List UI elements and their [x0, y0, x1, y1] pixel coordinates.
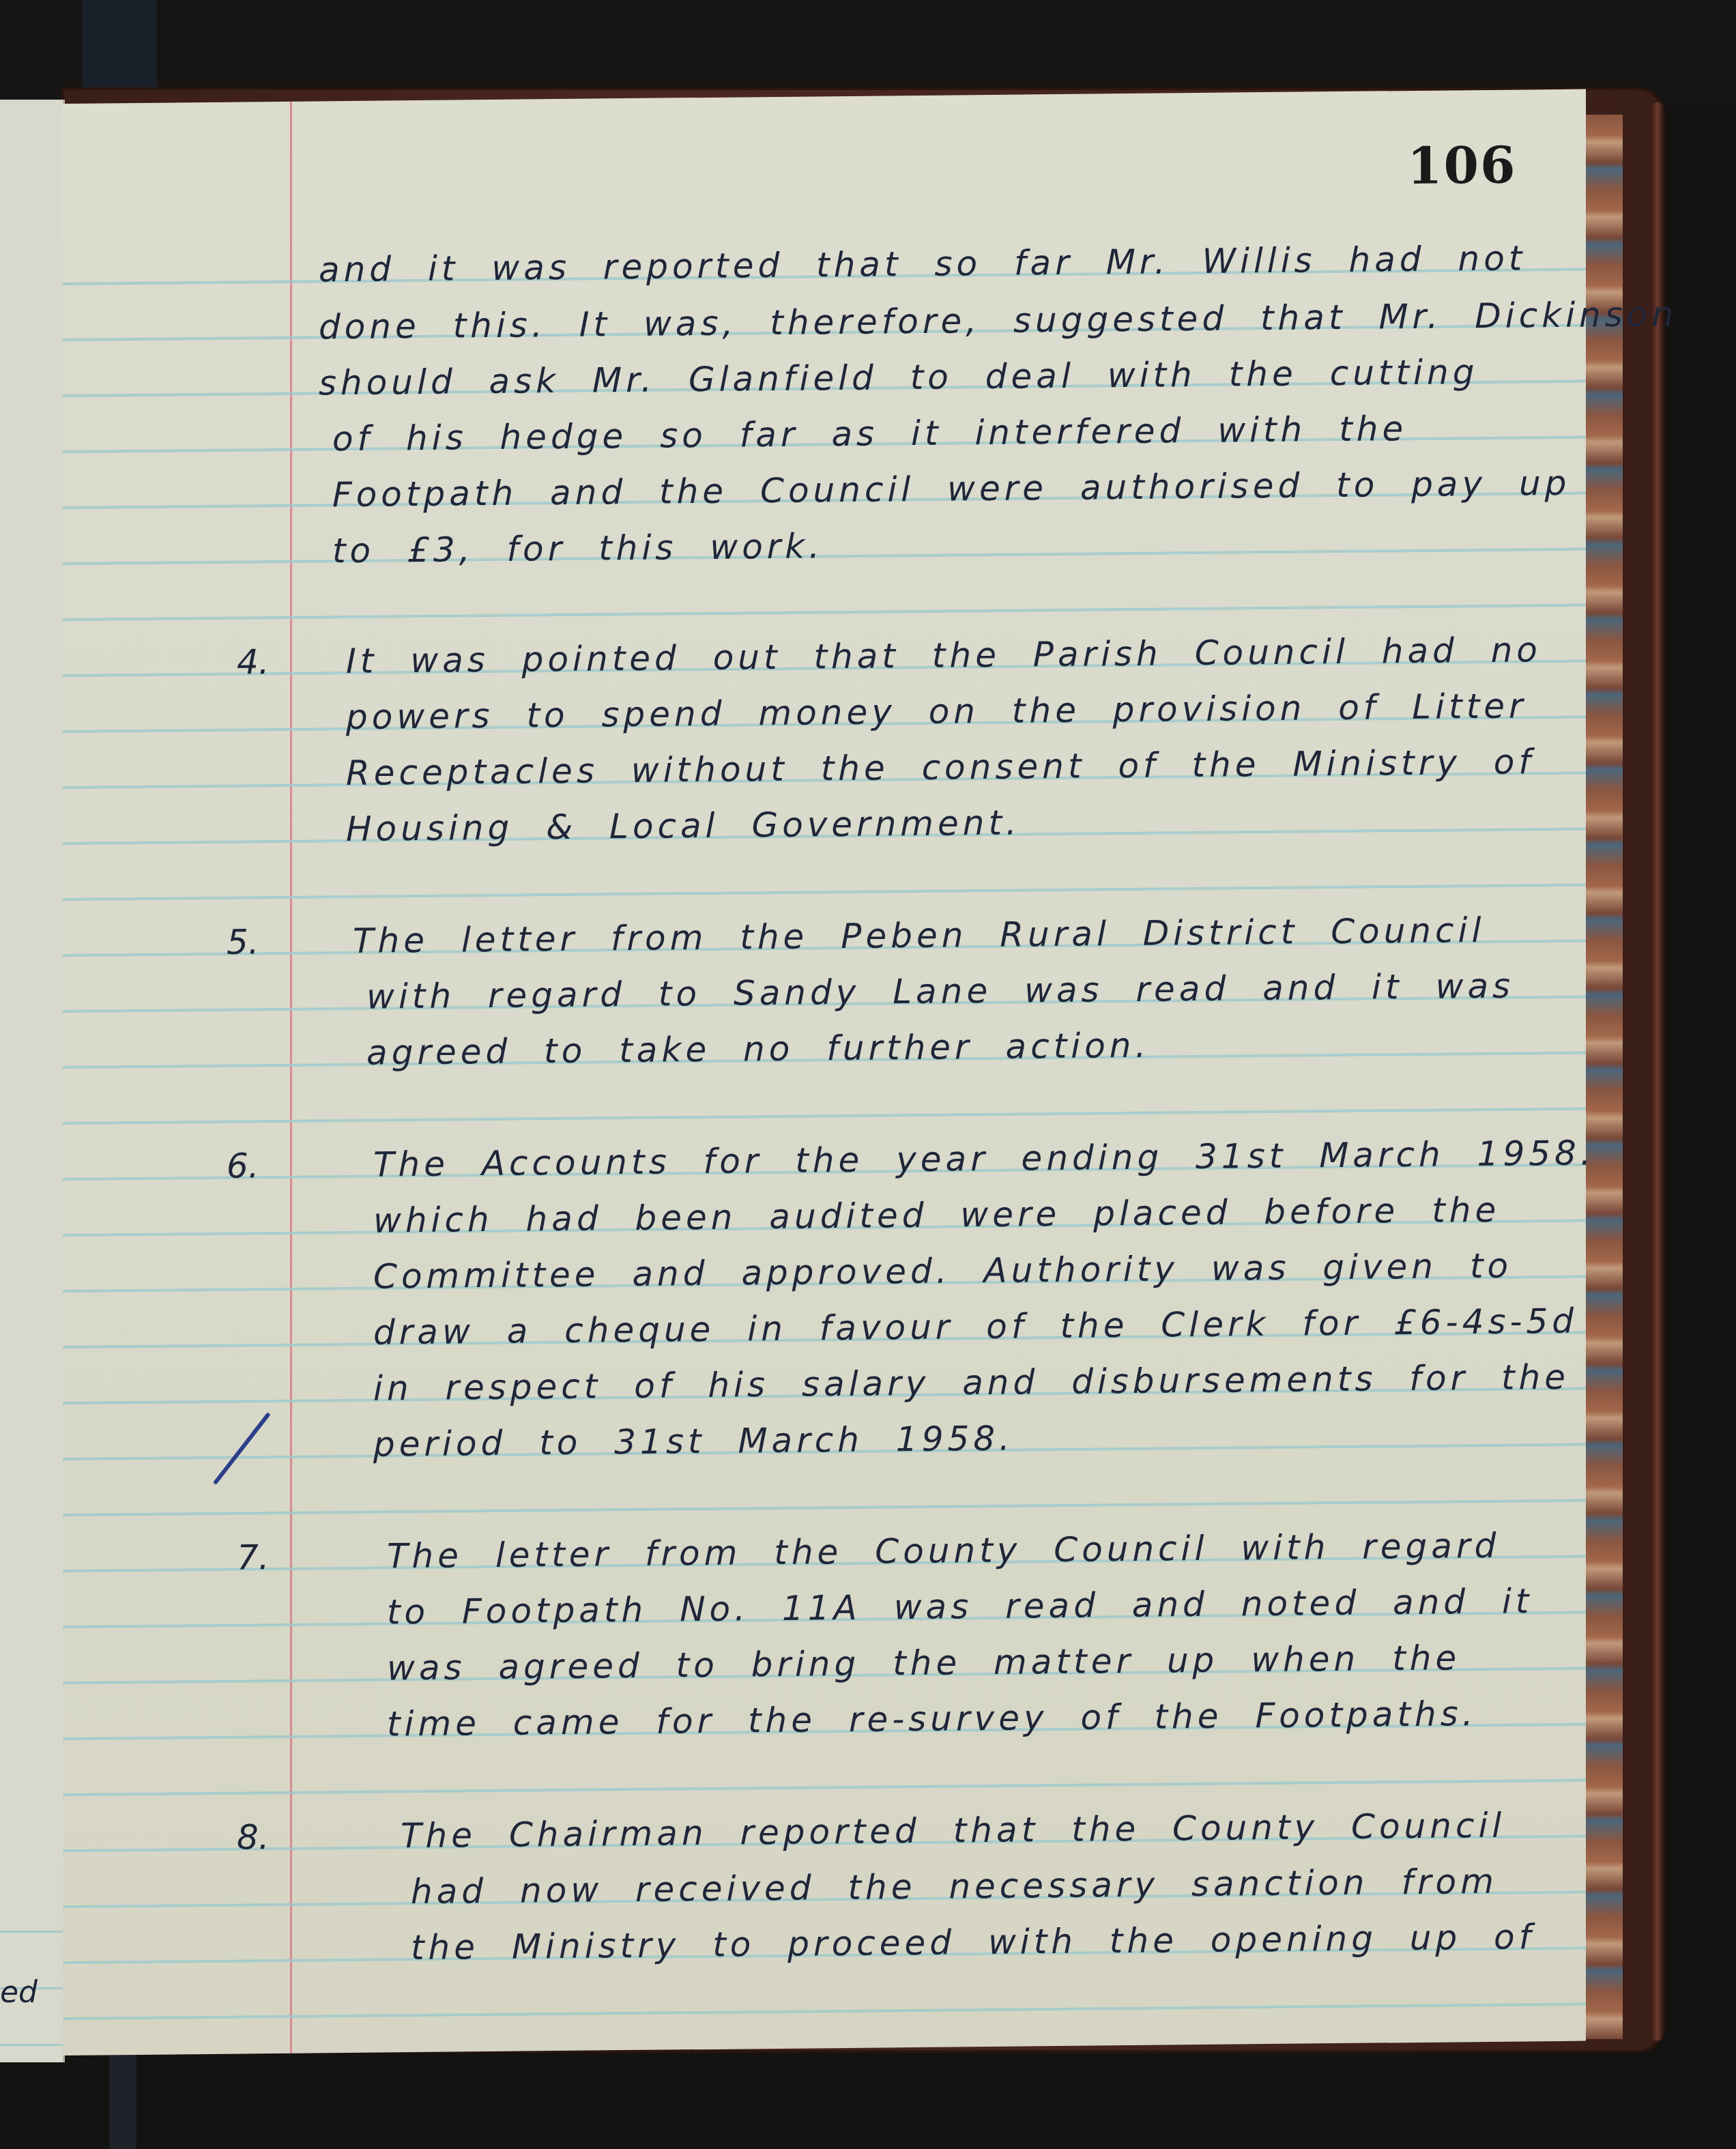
ruled-line	[0, 2044, 63, 2046]
handwritten-line: powers to spend money on the provision o…	[346, 686, 1527, 737]
handwritten-line: which had been audited were placed befor…	[373, 1190, 1500, 1241]
handwritten-line: had now received the necessary sanction …	[411, 1862, 1498, 1912]
book-spine-shadow	[82, 0, 157, 89]
handwritten-line: and it was reported that so far Mr. Will…	[319, 238, 1526, 289]
handwritten-line: period to 31st March 1958.	[373, 1419, 1014, 1465]
handwritten-line: Footpath and the Council were authorised…	[332, 463, 1570, 515]
handwritten-line: should ask Mr. Glanfield to deal with th…	[319, 352, 1478, 403]
binding-edge	[1651, 102, 1664, 2040]
handwritten-line: in respect of his salary and disbursemen…	[373, 1357, 1569, 1409]
handwritten-line: done this. It was, therefore, suggested …	[319, 294, 1677, 347]
handwritten-line: Housing & Local Government.	[346, 803, 1021, 849]
ruled-line	[0, 1931, 63, 1933]
page-edges-marbled	[1585, 115, 1625, 2039]
book-spine-shadow-bottom	[109, 2040, 136, 2149]
handwritten-line: The letter from the County Council with …	[387, 1526, 1500, 1576]
left-page-text-fragment: ed	[0, 1975, 38, 2010]
item-number: 8.	[237, 1817, 270, 1857]
handwritten-line: draw a cheque in favour of the Clerk for…	[373, 1301, 1578, 1353]
handwritten-line: The Accounts for the year ending 31st Ma…	[373, 1133, 1595, 1184]
item-number: 7.	[237, 1538, 270, 1577]
handwritten-line: The letter from the Peben Rural District…	[353, 910, 1485, 961]
item-number: 5.	[227, 922, 259, 962]
handwritten-line: It was pointed out that the Parish Counc…	[346, 630, 1542, 681]
item-number: 4.	[237, 642, 270, 682]
handwritten-line: agreed to take no further action.	[366, 1026, 1150, 1073]
checkmark-icon	[213, 1412, 271, 1485]
page-number: 106	[1407, 136, 1516, 197]
handwritten-line: the Ministry to proceed with the opening…	[411, 1917, 1535, 1967]
left-facing-page: ed	[0, 100, 65, 2062]
handwritten-line: to Footpath No. 11A was read and noted a…	[387, 1581, 1533, 1632]
handwritten-line: The Chairman reported that the County Co…	[401, 1806, 1505, 1856]
handwritten-line: Receptacles without the consent of the M…	[346, 742, 1535, 793]
handwritten-line: with regard to Sandy Lane was read and i…	[366, 966, 1514, 1017]
handwritten-line: was agreed to bring the matter up when t…	[387, 1638, 1460, 1688]
handwritten-line: to £3, for this work.	[332, 526, 824, 571]
item-number: 6.	[227, 1146, 259, 1185]
notebook-page: 106 and it was reported that so far Mr. …	[63, 89, 1586, 2056]
handwritten-line: of his hedge so far as it interfered wit…	[332, 409, 1407, 459]
handwritten-line: time came for the re-survey of the Footp…	[387, 1694, 1477, 1744]
handwritten-line: Committee and approved. Authority was gi…	[373, 1246, 1512, 1297]
